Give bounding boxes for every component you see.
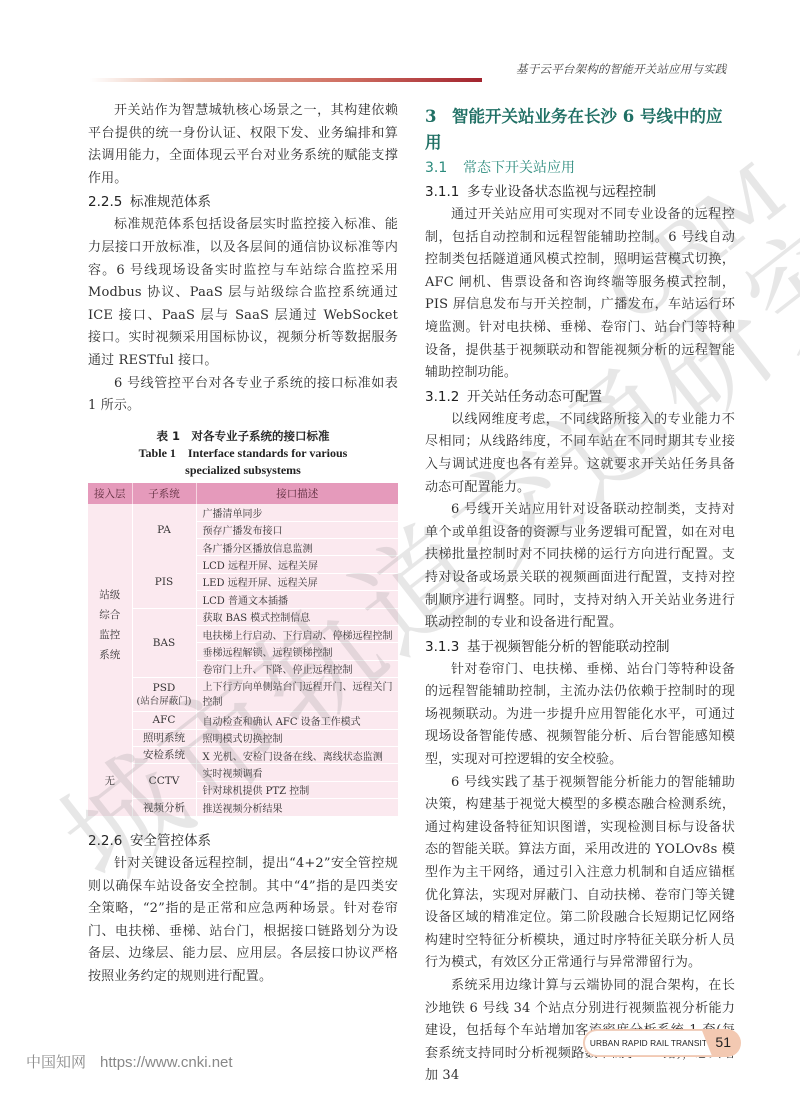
description-cell: 自动检查和确认 AFC 设备工作模式 xyxy=(196,712,398,729)
table-row: CCTV 实时视频调看 xyxy=(88,764,398,781)
table-caption-cn: 表 1 对各专业子系统的接口标准 xyxy=(88,428,398,445)
source-footer: 中国知网https://www.cnki.net xyxy=(26,1051,233,1072)
description-cell: 照明模式切换控制 xyxy=(196,729,398,746)
section-title: 智能开关站业务在长沙 6 号线中的应用 xyxy=(425,107,722,152)
table-row: 站级综合监控系统 PA 广播清单同步 xyxy=(88,504,398,521)
column-header: 子系统 xyxy=(132,483,196,504)
paragraph: 针对关键设备远程控制，提出“4+2”安全管控规则以确保车站设备安全控制。其中“4… xyxy=(88,853,398,989)
subsystem-cell: PSD (站台屏蔽门) xyxy=(132,678,196,712)
section-heading-3-1-3: 3.1.3基于视频智能分析的智能联动控制 xyxy=(425,636,735,658)
source-name: 中国知网 xyxy=(26,1053,86,1071)
description-cell: LCD 远程开屏、远程关屏 xyxy=(196,556,398,573)
section-number: 3.1.3 xyxy=(425,636,467,658)
paragraph: 以线网维度考虑，不同线路所接入的专业能力不尽相同；从线路纬度，不同车站在不同时期… xyxy=(425,409,735,499)
section-title: 常态下开关站应用 xyxy=(463,160,575,176)
section-heading-3-1: 3.1常态下开关站应用 xyxy=(425,156,735,180)
layer-label: 站级综合监控系统 xyxy=(98,585,122,665)
section-heading-3-1-1: 3.1.1多专业设备状态监视与远程控制 xyxy=(425,181,735,203)
section-number: 3.1 xyxy=(425,156,463,180)
subsystem-name: PSD xyxy=(137,681,192,695)
section-number: 3.1.1 xyxy=(425,181,467,203)
section-number: 2.2.6 xyxy=(88,830,130,852)
table-caption: 表 1 对各专业子系统的接口标准 Table 1 Interface stand… xyxy=(88,428,398,479)
section-heading-3: 3智能开关站业务在长沙 6 号线中的应用 xyxy=(425,104,735,156)
section-number: 2.2.5 xyxy=(88,191,130,213)
table-row: 照明系统 照明模式切换控制 xyxy=(88,729,398,746)
table-caption-en-line1: Table 1 Interface standards for various xyxy=(88,445,398,462)
description-cell: X 光机、安检门设备在线、离线状态监测 xyxy=(196,746,398,763)
description-cell: 实时视频调看 xyxy=(196,764,398,781)
journal-name: URBAN RAPID RAIL TRANSIT xyxy=(584,1030,712,1056)
section-heading-2-2-5: 2.2.5标准规范体系 xyxy=(88,191,398,213)
table-row: PSD (站台屏蔽门) 上下行方向单侧站台门远程开门、远程关门控制 xyxy=(88,678,398,712)
intro-paragraph: 开关站作为智慧城轨核心场景之一，其构建依赖平台提供的统一身份认证、权限下发、业务… xyxy=(88,100,398,190)
description-cell: LCD 普通文本插播 xyxy=(196,591,398,608)
subsystem-cell: 照明系统 xyxy=(132,729,196,746)
description-cell: 垂梯远程解锁、远程锁梯控制 xyxy=(196,643,398,660)
description-cell: 广播清单同步 xyxy=(196,504,398,521)
section-title: 基于视频智能分析的智能联动控制 xyxy=(467,639,670,655)
paragraph: 针对卷帘门、电扶梯、垂梯、站台门等特种设备的远程智能辅助控制，主流办法仍依赖于控… xyxy=(425,659,735,772)
subsystem-cell: 视频分析 xyxy=(132,799,196,816)
description-cell: 预存广播发布接口 xyxy=(196,521,398,538)
page-number: 51 xyxy=(715,1034,731,1050)
paragraph: 标准规范体系包括设备层实时监控接入标准、能力层接口开放标准，以及各层间的通信协议… xyxy=(88,214,398,372)
table-row: 无 安检系统 X 光机、安检门设备在线、离线状态监测 xyxy=(88,746,398,763)
description-cell: 针对球机提供 PTZ 控制 xyxy=(196,781,398,798)
paragraph: 6 号线管控平台对各专业子系统的接口标准如表 1 所示。 xyxy=(88,373,398,418)
interface-standards-table: 接入层 子系统 接口描述 站级综合监控系统 PA 广播清单同步 预存广播发布接口… xyxy=(88,483,398,816)
right-column: 3智能开关站业务在长沙 6 号线中的应用 3.1常态下开关站应用 3.1.1多专… xyxy=(425,100,735,1088)
column-header: 接口描述 xyxy=(196,483,398,504)
table-row: PIS LCD 远程开屏、远程关屏 xyxy=(88,556,398,573)
layer-cell: 站级综合监控系统 xyxy=(88,504,132,747)
table-header-row: 接入层 子系统 接口描述 xyxy=(88,483,398,504)
description-cell: 卷帘门上升、下降、停止远程控制 xyxy=(196,660,398,677)
paragraph: 通过开关站应用可实现对不同专业设备的远程控制，包括自动控制和远程智能辅助控制。6… xyxy=(425,204,735,385)
section-number: 3.1.2 xyxy=(425,386,467,408)
subsystem-cell: BAS xyxy=(132,608,196,678)
paragraph: 6 号线实践了基于视频智能分析能力的智能辅助决策，构建基于视觉大模型的多模态融合… xyxy=(425,772,735,975)
journal-footer-badge: URBAN RAPID RAIL TRANSIT 51 xyxy=(583,1029,741,1057)
subsystem-cell: CCTV xyxy=(132,764,196,799)
table-row: 视频分析 推送视频分析结果 xyxy=(88,799,398,816)
subsystem-cell: AFC xyxy=(132,712,196,729)
subsystem-cell: PA xyxy=(132,504,196,556)
table-caption-en-line2: specialized subsystems xyxy=(88,462,398,479)
left-column: 开关站作为智慧城轨核心场景之一，其构建依赖平台提供的统一身份认证、权限下发、业务… xyxy=(88,100,398,989)
description-cell: 上下行方向单侧站台门远程开门、远程关门控制 xyxy=(196,678,398,712)
table-row: BAS 获取 BAS 模式控制信息 xyxy=(88,608,398,625)
section-heading-3-1-2: 3.1.2开关站任务动态可配置 xyxy=(425,386,735,408)
paragraph: 6 号线开关站应用针对设备联动控制类，支持对单个或单组设备的资源与业务逻辑可配置… xyxy=(425,499,735,635)
layer-cell: 无 xyxy=(88,746,132,816)
section-title: 开关站任务动态可配置 xyxy=(467,389,602,405)
section-title: 安全管控体系 xyxy=(130,833,211,849)
section-title: 多专业设备状态监视与远程控制 xyxy=(467,184,656,200)
description-cell: LED 远程开屏、远程关屏 xyxy=(196,573,398,590)
running-title: 基于云平台架构的智能开关站应用与实践 xyxy=(516,61,727,77)
description-cell: 推送视频分析结果 xyxy=(196,799,398,816)
section-number: 3 xyxy=(425,104,452,130)
header-gradient-bar xyxy=(90,78,482,82)
section-heading-2-2-6: 2.2.6安全管控体系 xyxy=(88,830,398,852)
description-cell: 获取 BAS 模式控制信息 xyxy=(196,608,398,625)
subsystem-cell: PIS xyxy=(132,556,196,608)
description-cell: 电扶梯上行启动、下行启动、停梯远程控制 xyxy=(196,625,398,642)
column-header: 接入层 xyxy=(88,483,132,504)
subsystem-name-note: (站台屏蔽门) xyxy=(137,695,192,709)
subsystem-cell: 安检系统 xyxy=(132,746,196,763)
description-cell: 各广播分区播放信息监测 xyxy=(196,539,398,556)
source-url[interactable]: https://www.cnki.net xyxy=(100,1054,233,1071)
table-row: AFC 自动检查和确认 AFC 设备工作模式 xyxy=(88,712,398,729)
section-title: 标准规范体系 xyxy=(130,194,211,210)
